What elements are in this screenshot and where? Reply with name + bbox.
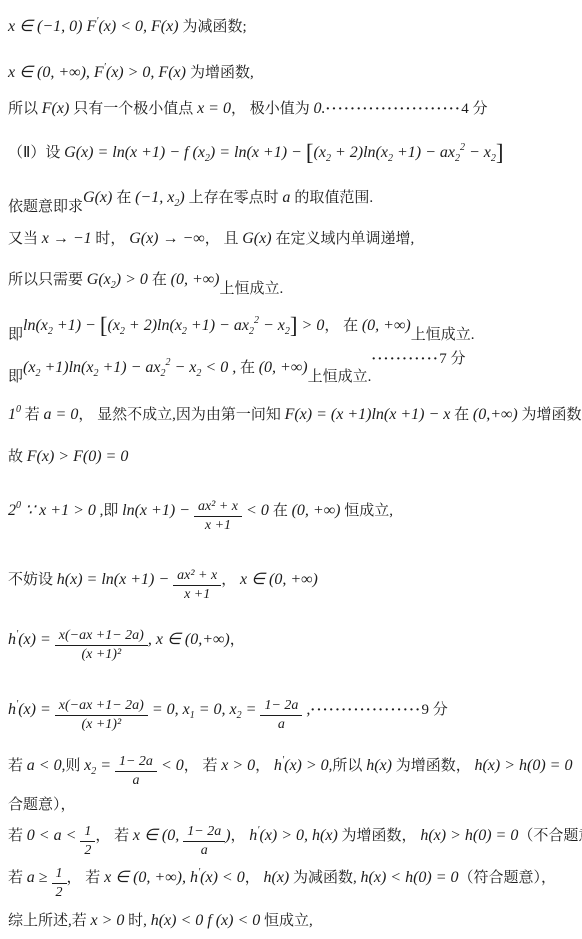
math-run: G(x) = ln(x +1) − f (x (64, 144, 205, 161)
text-run: 在 (450, 407, 473, 423)
text-run: 为增函数， (518, 407, 582, 423)
math-run: = 0, x (148, 701, 190, 718)
line-13: 不妨设 h(x) = ln(x +1) − ax² + xx +1， x ∈ (… (8, 560, 318, 604)
text-run: 若 (8, 870, 27, 886)
text-run: 时， (92, 231, 130, 247)
math-run: 0 < a < (27, 827, 81, 844)
fraction-numerator: x(−ax +1− 2a) (55, 697, 148, 716)
math-run: G(x (87, 271, 111, 288)
math-run: x > 0 (221, 757, 255, 774)
line-06: 又当 x → −1 时， G(x) → −∞， 且 G(x) 在定义域内单调递增… (8, 229, 414, 249)
text-run: ,则 (62, 758, 85, 774)
math-run: h (274, 757, 282, 774)
fraction-denominator: x +1 (194, 517, 242, 535)
line-07: 所以只需要 G(x2) > 0 在 (0, +∞) 上恒成立. (8, 270, 283, 296)
math-run: h(x) > h(0) = 0 (474, 757, 572, 774)
text-run: ， 若 (95, 828, 133, 844)
math-run: (0,+∞) (473, 406, 518, 423)
math-run: x ∈ (0, +∞) (240, 571, 318, 588)
math-run: (x (314, 144, 326, 161)
fraction-denominator: (x +1)² (55, 646, 148, 664)
text-run: ， (231, 828, 250, 844)
math-run: F(x) (42, 100, 74, 117)
math-run: G(x) → −∞ (129, 230, 205, 247)
fraction: 1− 2aa (183, 823, 225, 860)
text-run: ， (245, 870, 264, 886)
math-run: ln(x (23, 317, 48, 334)
line-05: 依题意即求 G(x) 在 (−1, x2) 上存在零点时 a 的取值范围. (8, 188, 373, 214)
math-run: h(x) < 0 f (x) < 0 (151, 912, 261, 929)
text-run: 合题意）， (8, 797, 76, 813)
dots-leader: ·················· (310, 703, 421, 718)
math-run: h(x) = ln(x +1) − (57, 571, 173, 588)
math-run: > 0 (298, 317, 325, 334)
math-run: F(x) = (x +1)ln(x +1) − x (285, 406, 451, 423)
fraction-numerator: ax² + x (173, 567, 221, 586)
math-run: , x ∈ (0,+∞) (148, 631, 230, 648)
math-run: (x) < 0, F(x) (98, 18, 182, 35)
text-run: ， 且 (205, 231, 243, 247)
text-run: ,即 (96, 503, 122, 519)
math-run: a ≥ (27, 869, 52, 886)
math-run: 1 (8, 406, 16, 423)
text-run: 在 (236, 360, 259, 376)
math-run: ln(x +1) − (122, 502, 194, 519)
math-run: G(x) (83, 189, 116, 206)
math-run: (0, +∞) (259, 359, 308, 376)
text-run: 上恒成立. (411, 325, 475, 345)
fraction: ax² + xx +1 (194, 498, 242, 535)
text-run: 为减函数, (289, 870, 360, 886)
dots-leader: ······················ (325, 102, 461, 117)
line-04: （Ⅱ）设 G(x) = ln(x +1) − f (x2) = ln(x +1)… (8, 138, 504, 169)
math-run: (0, +∞) (362, 317, 411, 334)
fraction-numerator: 1− 2a (260, 697, 302, 716)
fraction-denominator: a (115, 772, 157, 790)
text-run: 上恒成立. (308, 367, 372, 387)
math-run: +1)ln(x (40, 359, 93, 376)
math-run: a < 0 (27, 757, 62, 774)
text-run: 为减函数; (183, 19, 247, 35)
math-run: a (282, 189, 294, 206)
text-run: 恒成立, (260, 913, 313, 929)
math-run: (0, +∞) (171, 271, 220, 288)
fraction-denominator: a (260, 716, 302, 734)
text-run: 即 (8, 367, 23, 387)
text-run: 综上所述,若 (8, 913, 91, 929)
math-run: ) = ln(x +1) − (210, 144, 306, 161)
math-run: h (8, 631, 16, 648)
math-run: h(x) (263, 869, 289, 886)
math-run: ∵ x +1 > 0 (21, 502, 96, 519)
fraction: ax² + xx +1 (173, 567, 221, 604)
text-run: 若 (21, 407, 44, 423)
text-run: ， 在 (324, 318, 362, 334)
math-run: x ∈ (0, (133, 827, 183, 844)
text-run: 又当 (8, 231, 42, 247)
math-run: x > 0 (91, 912, 125, 929)
text-run: ， 若 (67, 870, 105, 886)
line-11: 故 F(x) > F(0) = 0 (8, 447, 128, 467)
math-run: (x) > 0, F(x) (106, 64, 190, 81)
math-run: h(x) (366, 757, 392, 774)
text-run: （符合题意）， (459, 870, 557, 886)
fraction: x(−ax +1− 2a)(x +1)² (55, 627, 148, 664)
text-run: 只有一个极小值点 (73, 101, 197, 117)
fraction: 12 (52, 865, 67, 902)
text-run: ， (221, 572, 240, 588)
line-09: 即 (x2 +1)ln(x2 +1) − ax22 − x2 < 0 , 在 (… (8, 353, 465, 384)
math-run: < 0 , (201, 359, 236, 376)
text-run: 上存在零点时 (189, 190, 283, 206)
math-run: (x) > 0, h(x) (259, 827, 337, 844)
text-run: ， 极小值为 (231, 101, 314, 117)
subscript: 2 (160, 368, 165, 379)
math-run: 0. (313, 100, 325, 117)
math-run: (x) > 0 (284, 757, 329, 774)
text-run: ， 若 (184, 758, 222, 774)
text-run: 的取值范围. (294, 190, 373, 206)
math-run: x → −1 (42, 230, 92, 247)
math-run: +1) − ax (393, 144, 455, 161)
fraction-numerator: x(−ax +1− 2a) (55, 627, 148, 646)
math-run: ) > 0 (116, 271, 152, 288)
text-run: （不 (572, 758, 582, 774)
fraction-numerator: 1− 2a (183, 823, 225, 842)
math-run: − x (465, 144, 491, 161)
line-01: x ∈ (−1, 0) F′(x) < 0, F(x) 为减函数; (8, 12, 247, 37)
text-run: 为增函数, (190, 65, 254, 81)
line-17: 若 0 < a < 12， 若 x ∈ (0, 1− 2aa)， h′(x) >… (8, 814, 582, 860)
fraction-numerator: 1 (80, 823, 95, 842)
math-run: +1) − ax (187, 317, 249, 334)
math-run: ) (179, 189, 188, 206)
math-run: < 0 (157, 757, 184, 774)
line-12: 20 ∵ x +1 > 0 ,即 ln(x +1) − ax² + xx +1 … (8, 489, 393, 535)
math-run: +1) − (53, 317, 100, 334)
fraction-denominator: x +1 (173, 586, 221, 604)
math-run: (x) = (18, 631, 55, 648)
math-run: (x) < 0 (200, 869, 245, 886)
line-08: 即 ln(x2 +1) − [(x2 + 2)ln(x2 +1) − ax22 … (8, 311, 474, 342)
math-run: (x) = (18, 701, 55, 718)
math-run: = (96, 757, 115, 774)
document-page: x ∈ (−1, 0) F′(x) < 0, F(x) 为减函数;x ∈ (0,… (0, 0, 582, 939)
text-run: 所以 (8, 101, 42, 117)
big-bracket: ] (290, 313, 298, 338)
line-14: h′(x) = x(−ax +1− 2a)(x +1)², x ∈ (0,+∞)… (8, 618, 245, 664)
line-18: 若 a ≥ 12， 若 x ∈ (0, +∞), h′(x) < 0， h(x)… (8, 856, 556, 902)
math-run: (−1, x (135, 189, 174, 206)
math-run: 2 (8, 502, 16, 519)
text-run: 9 分 (421, 702, 447, 718)
text-run: 若 (8, 758, 27, 774)
text-run: 若 (8, 828, 27, 844)
line-03: 所以 F(x) 只有一个极小值点 x = 0， 极小值为 0.·········… (8, 99, 487, 120)
math-run: x = 0 (197, 100, 231, 117)
text-run: 在 (273, 503, 292, 519)
math-run: G(x) (242, 230, 275, 247)
text-run: 4 分 (461, 101, 487, 117)
fraction-numerator: ax² + x (194, 498, 242, 517)
fraction: x(−ax +1− 2a)(x +1)² (55, 697, 148, 734)
dots-leader: ··········· (371, 350, 439, 370)
text-run: （不合题意）， (518, 828, 582, 844)
text-run: 为增函数， (338, 828, 421, 844)
text-run: ， (255, 758, 274, 774)
math-run: < 0 (242, 502, 273, 519)
math-run: = (242, 701, 261, 718)
text-run: 在定义域内单调递增, (276, 231, 415, 247)
math-run: − x (170, 359, 196, 376)
line-16: 若 a < 0,则 x2 = 1− 2aa < 0， 若 x > 0， h′(x… (8, 744, 582, 790)
text-run: ， (230, 632, 245, 648)
math-run: (0, +∞) (292, 502, 341, 519)
fraction-numerator: 1 (52, 865, 67, 884)
text-run: ， 显然不成立,因为由第一问知 (78, 407, 284, 423)
text-run: 在 (152, 272, 171, 288)
math-run: x ∈ (0, +∞), h (104, 869, 198, 886)
math-run: + 2)ln(x (125, 317, 182, 334)
math-run: = 0, x (195, 701, 237, 718)
text-run: 故 (8, 449, 27, 465)
text-run: 不妨设 (8, 572, 57, 588)
math-run: F(x) > F(0) = 0 (27, 448, 129, 465)
text-run: 上恒成立. (220, 279, 284, 299)
math-run: + 2)ln(x (331, 144, 388, 161)
line-16b: 合题意）， (8, 795, 76, 815)
fraction-numerator: 1− 2a (115, 753, 157, 772)
text-run: ,所以 (329, 758, 367, 774)
line-15: h′(x) = x(−ax +1− 2a)(x +1)² = 0, x1 = 0… (8, 688, 448, 734)
text-run: 依题意即求 (8, 197, 83, 217)
fraction-denominator: 2 (52, 884, 67, 902)
math-run: (x (107, 317, 119, 334)
fraction-denominator: (x +1)² (55, 716, 148, 734)
math-run: x ∈ (0, +∞), F (8, 64, 104, 81)
fraction: 1− 2aa (115, 753, 157, 790)
math-run: a = 0 (44, 406, 79, 423)
fraction: 12 (80, 823, 95, 860)
text-run: 为增函数， (392, 758, 475, 774)
math-run: − x (259, 317, 285, 334)
text-run: 时, (124, 913, 150, 929)
math-run: (x (23, 359, 35, 376)
math-run: h (8, 701, 16, 718)
big-bracket: ] (496, 140, 504, 165)
line-02: x ∈ (0, +∞), F′(x) > 0, F(x) 为增函数, (8, 58, 254, 83)
text-run: 即 (8, 325, 23, 345)
line-10: 10 若 a = 0， 显然不成立,因为由第一问知 F(x) = (x +1)l… (8, 400, 582, 425)
text-run: 7 分 (439, 349, 465, 369)
text-run: 恒成立, (340, 503, 393, 519)
math-run: h(x) > h(0) = 0 (420, 827, 518, 844)
text-run: （Ⅱ）设 (8, 145, 64, 161)
subscript: 2 (249, 326, 254, 337)
fraction: 1− 2aa (260, 697, 302, 734)
subscript: 2 (455, 153, 460, 164)
math-run: +1) − ax (98, 359, 160, 376)
line-19: 综上所述,若 x > 0 时, h(x) < 0 f (x) < 0 恒成立, (8, 911, 313, 931)
math-run: h(x) < h(0) = 0 (361, 869, 459, 886)
math-run: x ∈ (−1, 0) F (8, 18, 96, 35)
big-bracket: [ (306, 140, 314, 165)
text-run: 在 (116, 190, 135, 206)
text-run: 所以只需要 (8, 272, 87, 288)
